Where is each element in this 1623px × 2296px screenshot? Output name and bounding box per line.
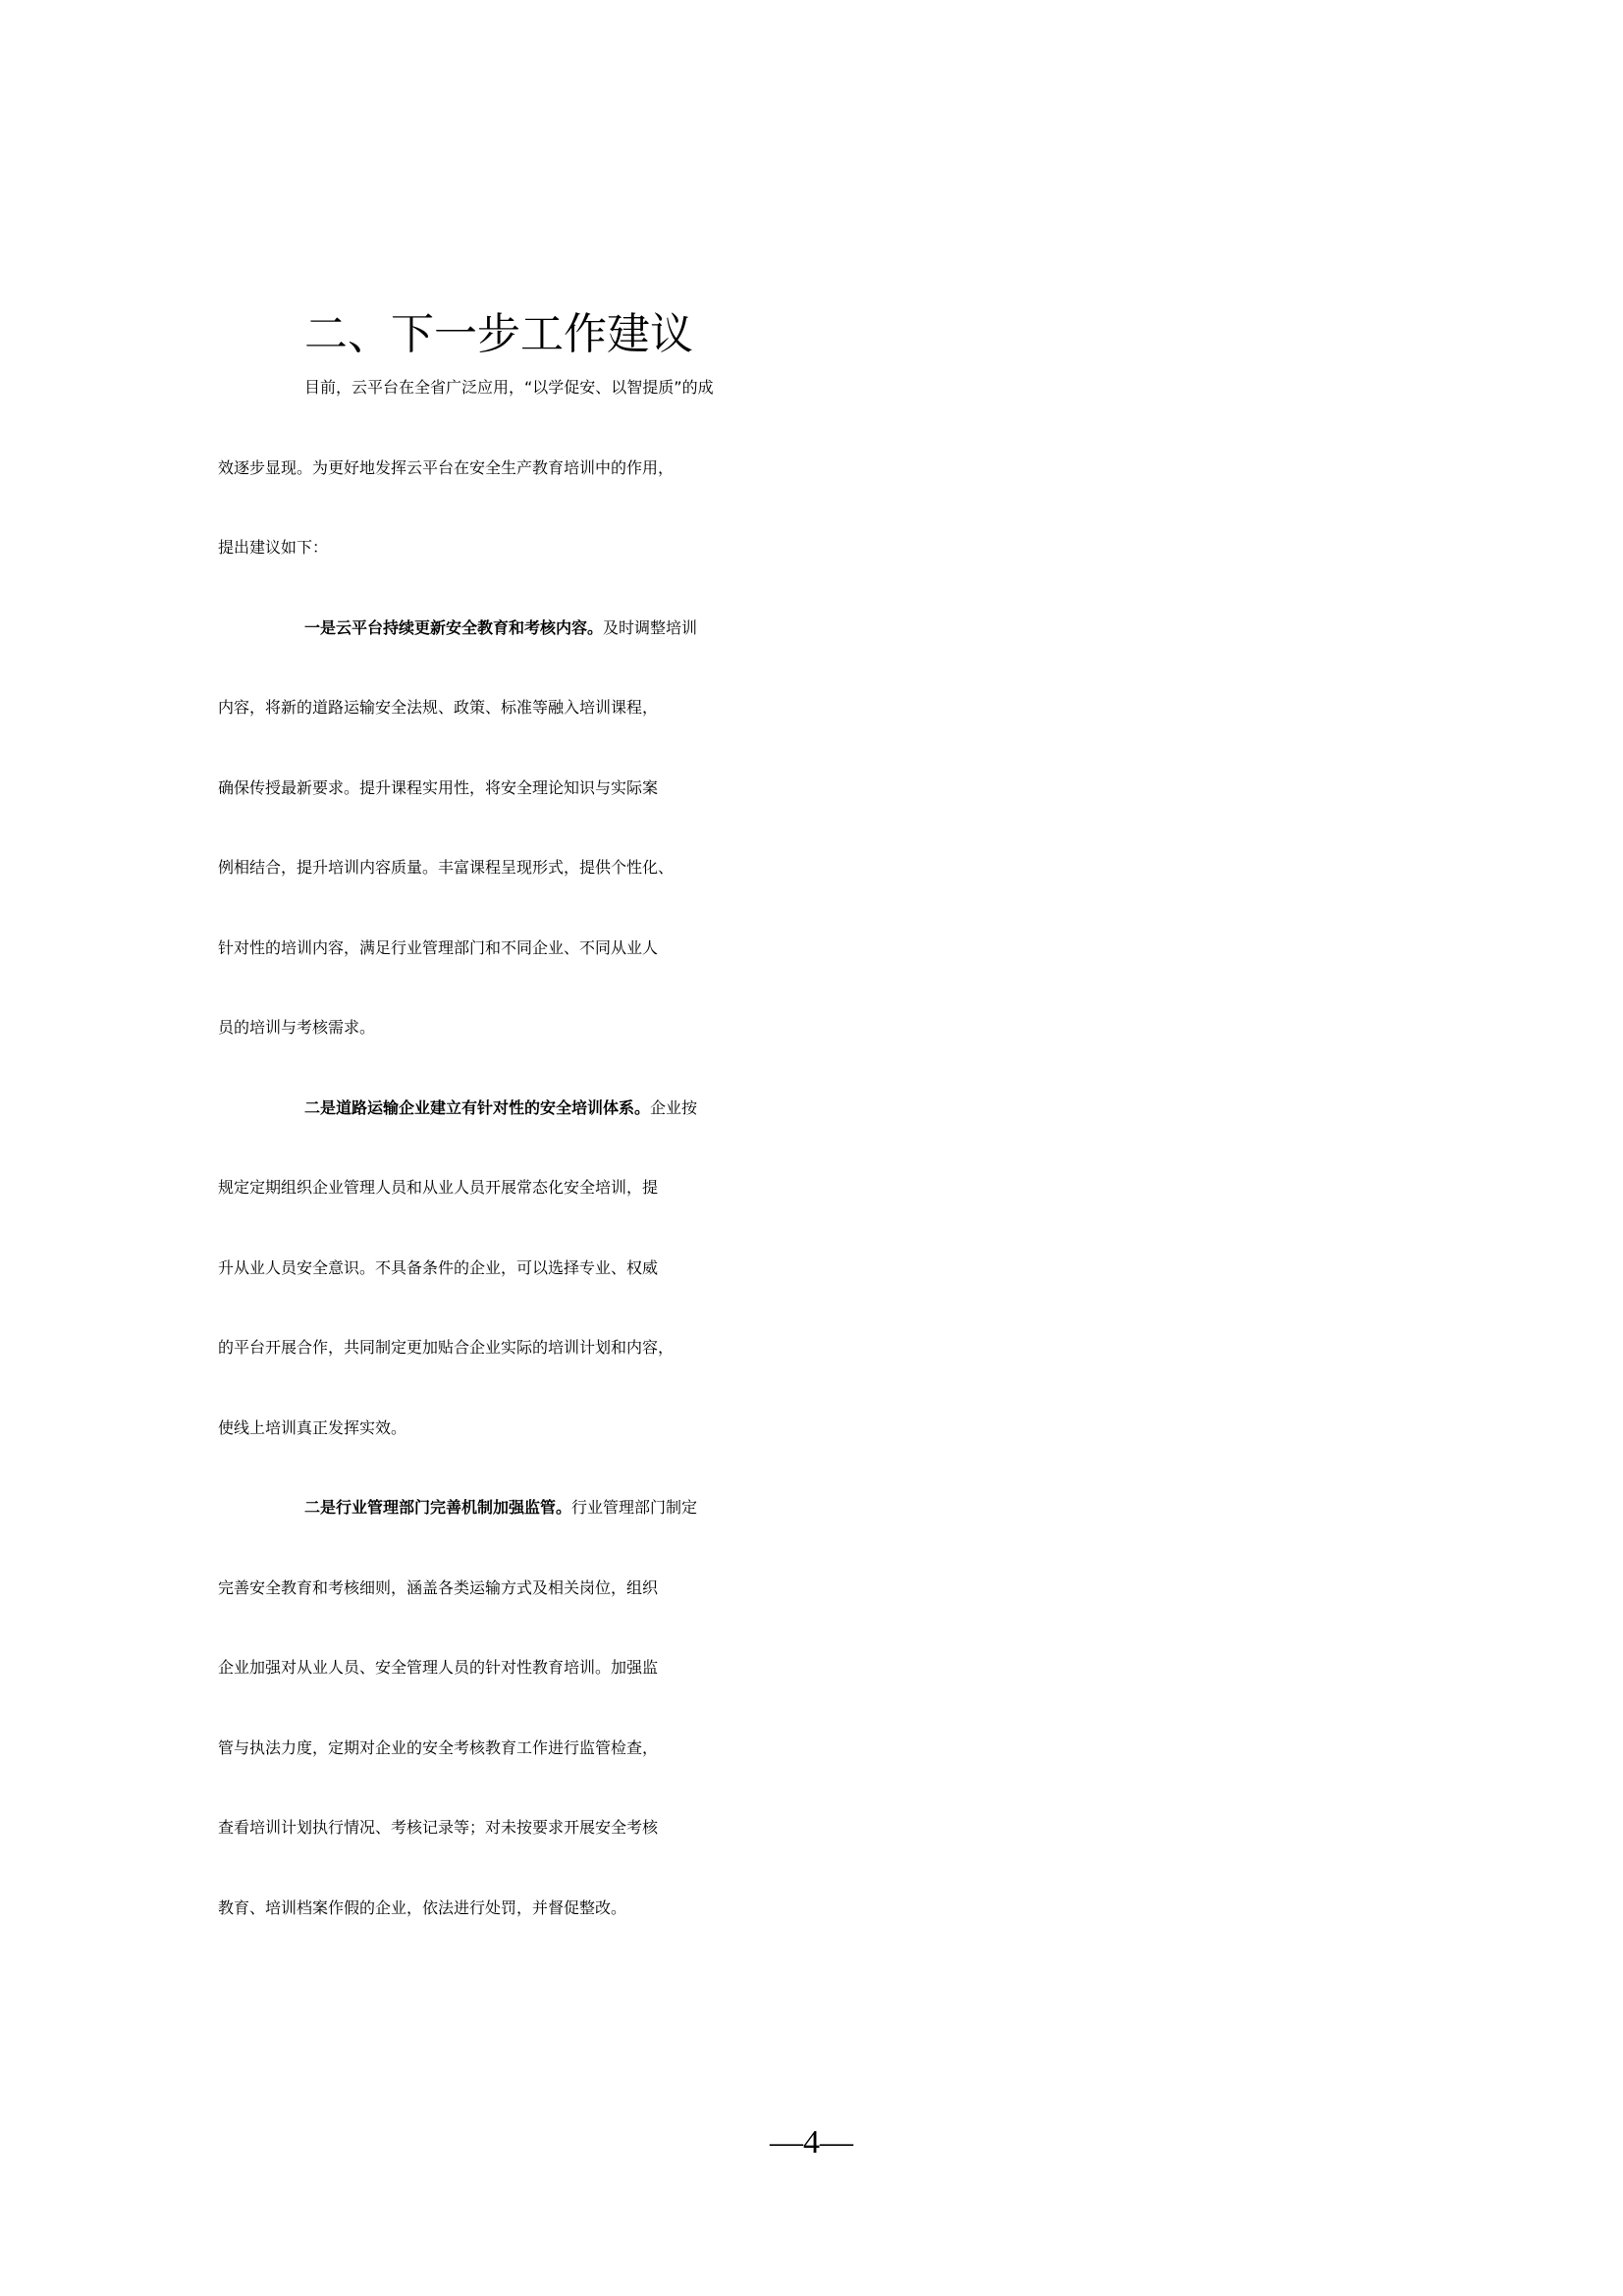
paragraph-line: 企业加强对从业人员、安全管理人员的针对性教育培训。加强监 — [218, 1655, 1435, 1735]
paragraph-first-line: 一是云平台持续更新安全教育和考核内容。及时调整培训 — [218, 615, 1435, 696]
paragraph-line: 完善安全教育和考核细则，涵盖各类运输方式及相关岗位，组织 — [218, 1575, 1435, 1656]
suggestion-lead-1: 一是云平台持续更新安全教育和考核内容。 — [304, 618, 603, 637]
paragraph-line: 内容，将新的道路运输安全法规、政策、标准等融入培训课程， — [218, 695, 1435, 775]
paragraph-line: 提出建议如下： — [218, 535, 1435, 615]
paragraph-line: 升从业人员安全意识。不具备条件的企业，可以选择专业、权威 — [218, 1255, 1435, 1336]
paragraph-line: 的平台开展合作，共同制定更加贴合企业实际的培训计划和内容， — [218, 1335, 1435, 1415]
section-heading: 二、下一步工作建议 — [304, 294, 1435, 375]
paragraph-line: 确保传授最新要求。提升课程实用性，将安全理论知识与实际案 — [218, 775, 1435, 856]
paragraph-line-tail: 及时调整培训 — [603, 618, 697, 637]
paragraph-first-line: 二是行业管理部门完善机制加强监管。行业管理部门制定 — [218, 1495, 1435, 1575]
paragraph-first-line: 二是道路运输企业建立有针对性的安全培训体系。企业按 — [218, 1095, 1435, 1176]
paragraph-line: 例相结合，提升培训内容质量。丰富课程呈现形式，提供个性化、 — [218, 855, 1435, 935]
paragraph-line: 管与执法力度，定期对企业的安全考核教育工作进行监管检查， — [218, 1735, 1435, 1816]
intro-paragraph: 目前，云平台在全省广泛应用，“以学促安、以智提质”的成 效逐步显现。为更好地发挥… — [218, 375, 1435, 615]
suggestion-paragraph-2: 二是道路运输企业建立有针对性的安全培训体系。企业按 规定定期组织企业管理人员和从… — [218, 1095, 1435, 1496]
suggestion-lead-3: 二是行业管理部门完善机制加强监管。 — [304, 1498, 571, 1517]
paragraph-line: 规定定期组织企业管理人员和从业人员开展常态化安全培训，提 — [218, 1175, 1435, 1255]
paragraph-line: 教育、培训档案作假的企业，依法进行处罚，并督促整改。 — [218, 1896, 1435, 1976]
paragraph-line: 查看培训计划执行情况、考核记录等；对未按要求开展安全考核 — [218, 1815, 1435, 1896]
paragraph-line: 员的培训与考核需求。 — [218, 1015, 1435, 1095]
suggestion-paragraph-3: 二是行业管理部门完善机制加强监管。行业管理部门制定 完善安全教育和考核细则，涵盖… — [218, 1495, 1435, 1975]
page-number: —4— — [0, 2118, 1623, 2167]
paragraph-line: 使线上培训真正发挥实效。 — [218, 1415, 1435, 1496]
paragraph-line: 针对性的培训内容，满足行业管理部门和不同企业、不同从业人 — [218, 935, 1435, 1016]
suggestion-paragraph-1: 一是云平台持续更新安全教育和考核内容。及时调整培训 内容，将新的道路运输安全法规… — [218, 615, 1435, 1095]
paragraph-line: 目前，云平台在全省广泛应用，“以学促安、以智提质”的成 — [218, 375, 1435, 455]
paragraph-line-tail: 行业管理部门制定 — [571, 1498, 697, 1517]
paragraph-line: 效逐步显现。为更好地发挥云平台在安全生产教育培训中的作用， — [218, 455, 1435, 536]
paragraph-line-tail: 企业按 — [650, 1098, 697, 1117]
suggestion-lead-2: 二是道路运输企业建立有针对性的安全培训体系。 — [304, 1098, 650, 1117]
document-page: 二、下一步工作建议 目前，云平台在全省广泛应用，“以学促安、以智提质”的成 效逐… — [218, 294, 1435, 1975]
